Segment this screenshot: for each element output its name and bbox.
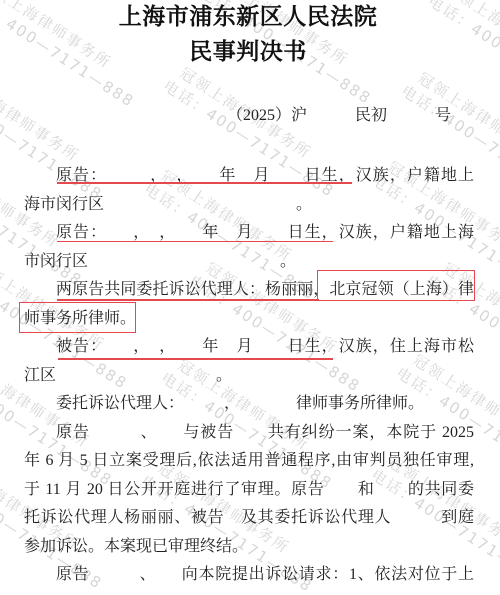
case-intro-line-3: 于 11 月 20 日公开开庭进行了审理。原告 和 的共同委 [24, 476, 474, 505]
case-intro-line-4: 托诉讼代理人杨丽丽、被告 及其委托诉讼代理人 到庭 [24, 504, 474, 533]
defendant-agent-line: 委托诉讼代理人： ， 律师事务所律师。 [24, 390, 474, 419]
case-intro-line-2: 年 6 月 5 日立案受理后,依法适用普通程序,由审判员独任审理, [24, 447, 474, 476]
document-type-title: 民事判决书 [0, 39, 496, 65]
plaintiff-2-line: 原告： ， ， 年 月 日生，汉族，户籍地上海 [24, 219, 474, 248]
judgment-body: 原告： ， ， 年 月 日生，汉族，户籍地上 海市闵行区 。 原告： ， ， 年… [24, 162, 474, 590]
case-intro-line-5: 参加诉讼。本案现已审理终结。 [24, 533, 474, 562]
red-underline-annotation [57, 241, 333, 243]
case-number: （2025）沪 民初 号 [227, 102, 451, 130]
plaintiff-1-address-line: 海市闵行区 。 [24, 191, 474, 220]
red-box-annotation-firm-name [317, 270, 475, 301]
red-box-annotation-firm-lawyer [19, 302, 136, 333]
defendant-address-line: 江区 。 [24, 362, 474, 391]
red-underline-annotation [57, 182, 352, 184]
red-underline-annotation [57, 299, 319, 301]
court-name-title: 上海市浦东新区人民法院 [0, 4, 496, 30]
case-intro-line-1: 原告 、 与被告 共有纠纷一案，本院于 2025 [24, 419, 474, 448]
claims-line-1: 原告 、 向本院提出诉讼请求：1、依法对位于上 [24, 561, 474, 590]
red-underline-annotation [58, 358, 333, 360]
plaintiff-1-line: 原告： ， ， 年 月 日生，汉族，户籍地上 [24, 162, 474, 191]
